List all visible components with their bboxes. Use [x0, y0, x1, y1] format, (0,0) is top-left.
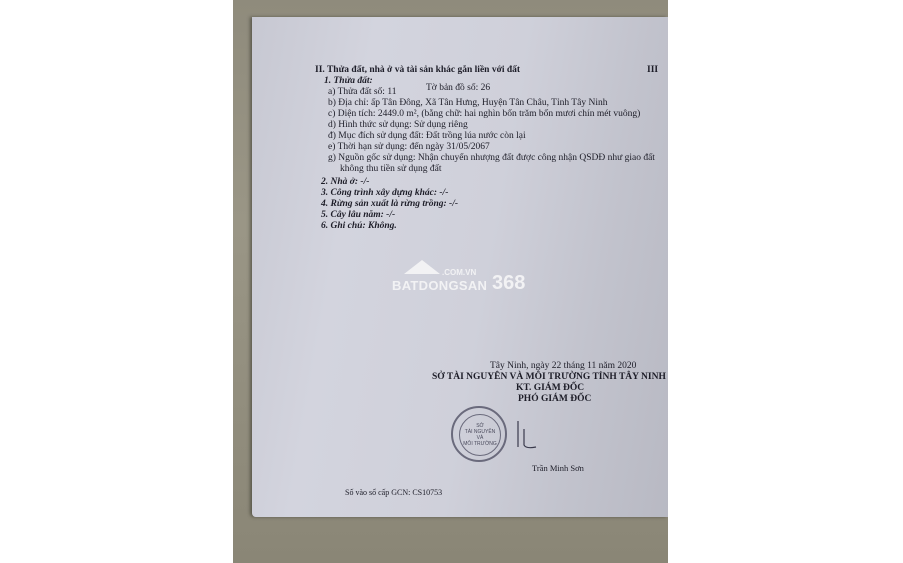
watermark-domain: .COM.VN [442, 268, 476, 277]
house-icon [404, 260, 440, 274]
usage-form-line: d) Hình thức sử dụng: Sử dụng riêng [328, 120, 468, 131]
land-certificate-page: II. Thửa đất, nhà ở và tài sản khác gắn … [252, 17, 668, 517]
usage-term-line: e) Thời hạn sử dụng: đến ngày 31/05/2067 [328, 142, 490, 153]
signer-name: Trần Minh Sơn [532, 463, 584, 474]
section-marker: III [647, 65, 658, 76]
signature-icon [514, 415, 554, 455]
date-line: Tây Ninh, ngày 22 tháng 11 năm 2020 [490, 361, 636, 372]
issuing-authority: SỞ TÀI NGUYÊN VÀ MÔI TRƯỜNG TỈNH TÂY NIN… [432, 372, 666, 383]
address-line: b) Địa chỉ: ấp Tân Đông, Xã Tân Hưng, Hu… [328, 98, 607, 109]
signatory-title-deputy: PHÓ GIÁM ĐỐC [518, 394, 591, 405]
usage-purpose-line: đ) Mục đích sử dụng đất: Đất trồng lúa n… [328, 131, 526, 142]
origin-line: g) Nguồn gốc sử dụng: Nhận chuyển nhượng… [328, 153, 655, 164]
watermark-number: 368 [492, 272, 525, 295]
registry-number: Số vào sổ cấp GCN: CS10753 [345, 487, 442, 498]
signatory-title-kt: KT. GIÁM ĐỐC [516, 383, 584, 394]
item-other-construction: 3. Công trình xây dựng khác: -/- [321, 188, 448, 199]
item-notes: 6. Ghi chú: Không. [321, 221, 397, 232]
subsection-title: 1. Thửa đất: [324, 76, 373, 87]
item-perennial-trees: 5. Cây lâu năm: -/- [321, 210, 395, 221]
section-title: II. Thửa đất, nhà ở và tài sản khác gắn … [315, 65, 520, 76]
item-house: 2. Nhà ở: -/- [321, 177, 369, 188]
area-line: c) Diện tích: 2449.0 m², (bằng chữ: hai … [328, 109, 640, 120]
document-photo: II. Thửa đất, nhà ở và tài sản khác gắn … [233, 0, 668, 563]
stamp-line: MÔI TRƯỜNG [460, 441, 500, 447]
origin-line-cont: không thu tiền sử dụng đất [340, 164, 441, 175]
parcel-number: a) Thửa đất số: 11 [328, 87, 396, 98]
official-stamp: SỞ TÀI NGUYÊN VÀ MÔI TRƯỜNG [451, 406, 507, 462]
item-forest: 4. Rừng sản xuất là rừng trồng: -/- [321, 199, 458, 210]
stamp-text: SỞ TÀI NGUYÊN VÀ MÔI TRƯỜNG [459, 414, 501, 456]
watermark-brand: BATDONGSAN [392, 278, 487, 293]
map-sheet-number: Tờ bản đồ số: 26 [426, 83, 490, 94]
